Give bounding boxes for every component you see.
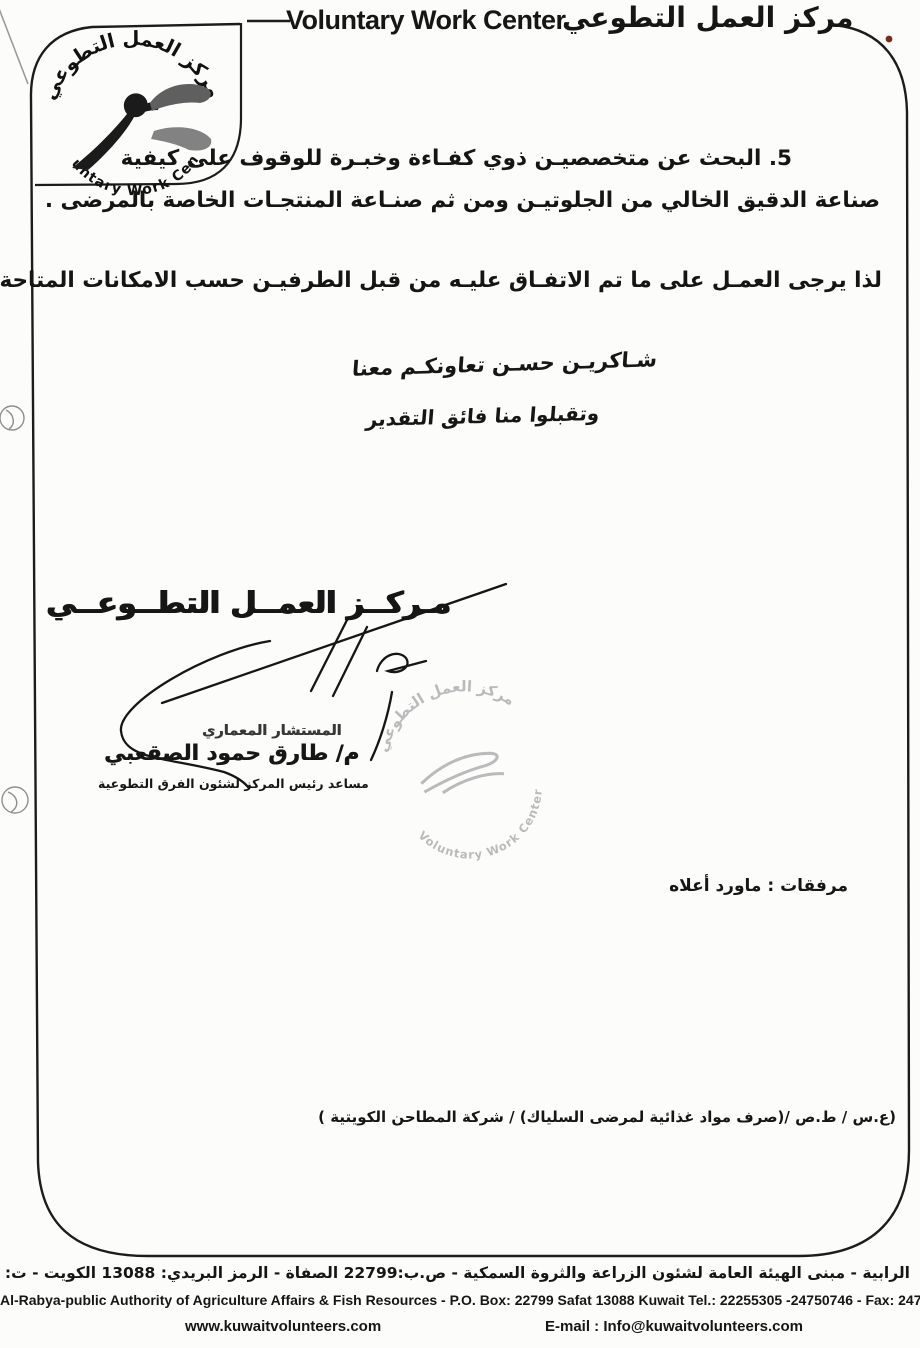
footer-address-arabic: الرابية - مبنى الهيئة العامة لشئون الزرا… (0, 1264, 910, 1282)
signatory-name: م/ طارق حمود الصقعبي (104, 741, 359, 766)
red-ink-dot (886, 36, 893, 43)
stamp-arc-text-english: Voluntary Work Center (413, 784, 561, 881)
body-item5-line1: 5. البحث عن متخصصيـن ذوي كفـاءة وخبـرة ل… (121, 146, 792, 171)
scanned-letter-page: مركز العمل التطوعي Voluntary Work Center… (0, 0, 920, 1348)
signatory-role: مساعد رئيس المركز لشئون الفرق التطوعية (98, 776, 369, 791)
scan-edge-artifact (0, 6, 28, 84)
signature-org-title: مـركــز العمــل التطــوعــي (106, 586, 451, 621)
footer-website: www.kuwaitvolunteers.com (185, 1318, 381, 1335)
reference-line: (ع.س / ط.ص /(صرف مواد غذائية لمرضى السلي… (318, 1108, 896, 1126)
body-request-line: لذا يرجى العمـل على ما تم الاتفـاق عليـه… (0, 268, 882, 293)
footer-address-english: Al-Rabya-public Authority of Agriculture… (0, 1292, 920, 1308)
header-title-arabic: مركز العمل التطوعي (562, 1, 853, 34)
rubber-stamp: مركز العمل التطوعي Voluntary Work Center (359, 657, 568, 884)
attachments-line: مرفقات : ماورد أعلاه (669, 876, 848, 896)
stamp-figure-icon (418, 746, 504, 801)
body-item5-line2: صناعة الدقيق الخالي من الجلوتيـن ومن ثم … (45, 188, 880, 213)
footer-email: E-mail : Info@kuwaitvolunteers.com (545, 1318, 803, 1335)
svg-text:مركز العمل التطوعي: مركز العمل التطوعي (359, 657, 523, 759)
header-title-english: Voluntary Work Center (286, 5, 566, 36)
svg-text:Voluntary Work Center: Voluntary Work Center (413, 784, 561, 881)
hole-punch-icon (0, 406, 28, 813)
stamp-arc-text-arabic: مركز العمل التطوعي (359, 657, 523, 759)
signatory-consultant-title: المستشار المعماري (202, 723, 342, 739)
